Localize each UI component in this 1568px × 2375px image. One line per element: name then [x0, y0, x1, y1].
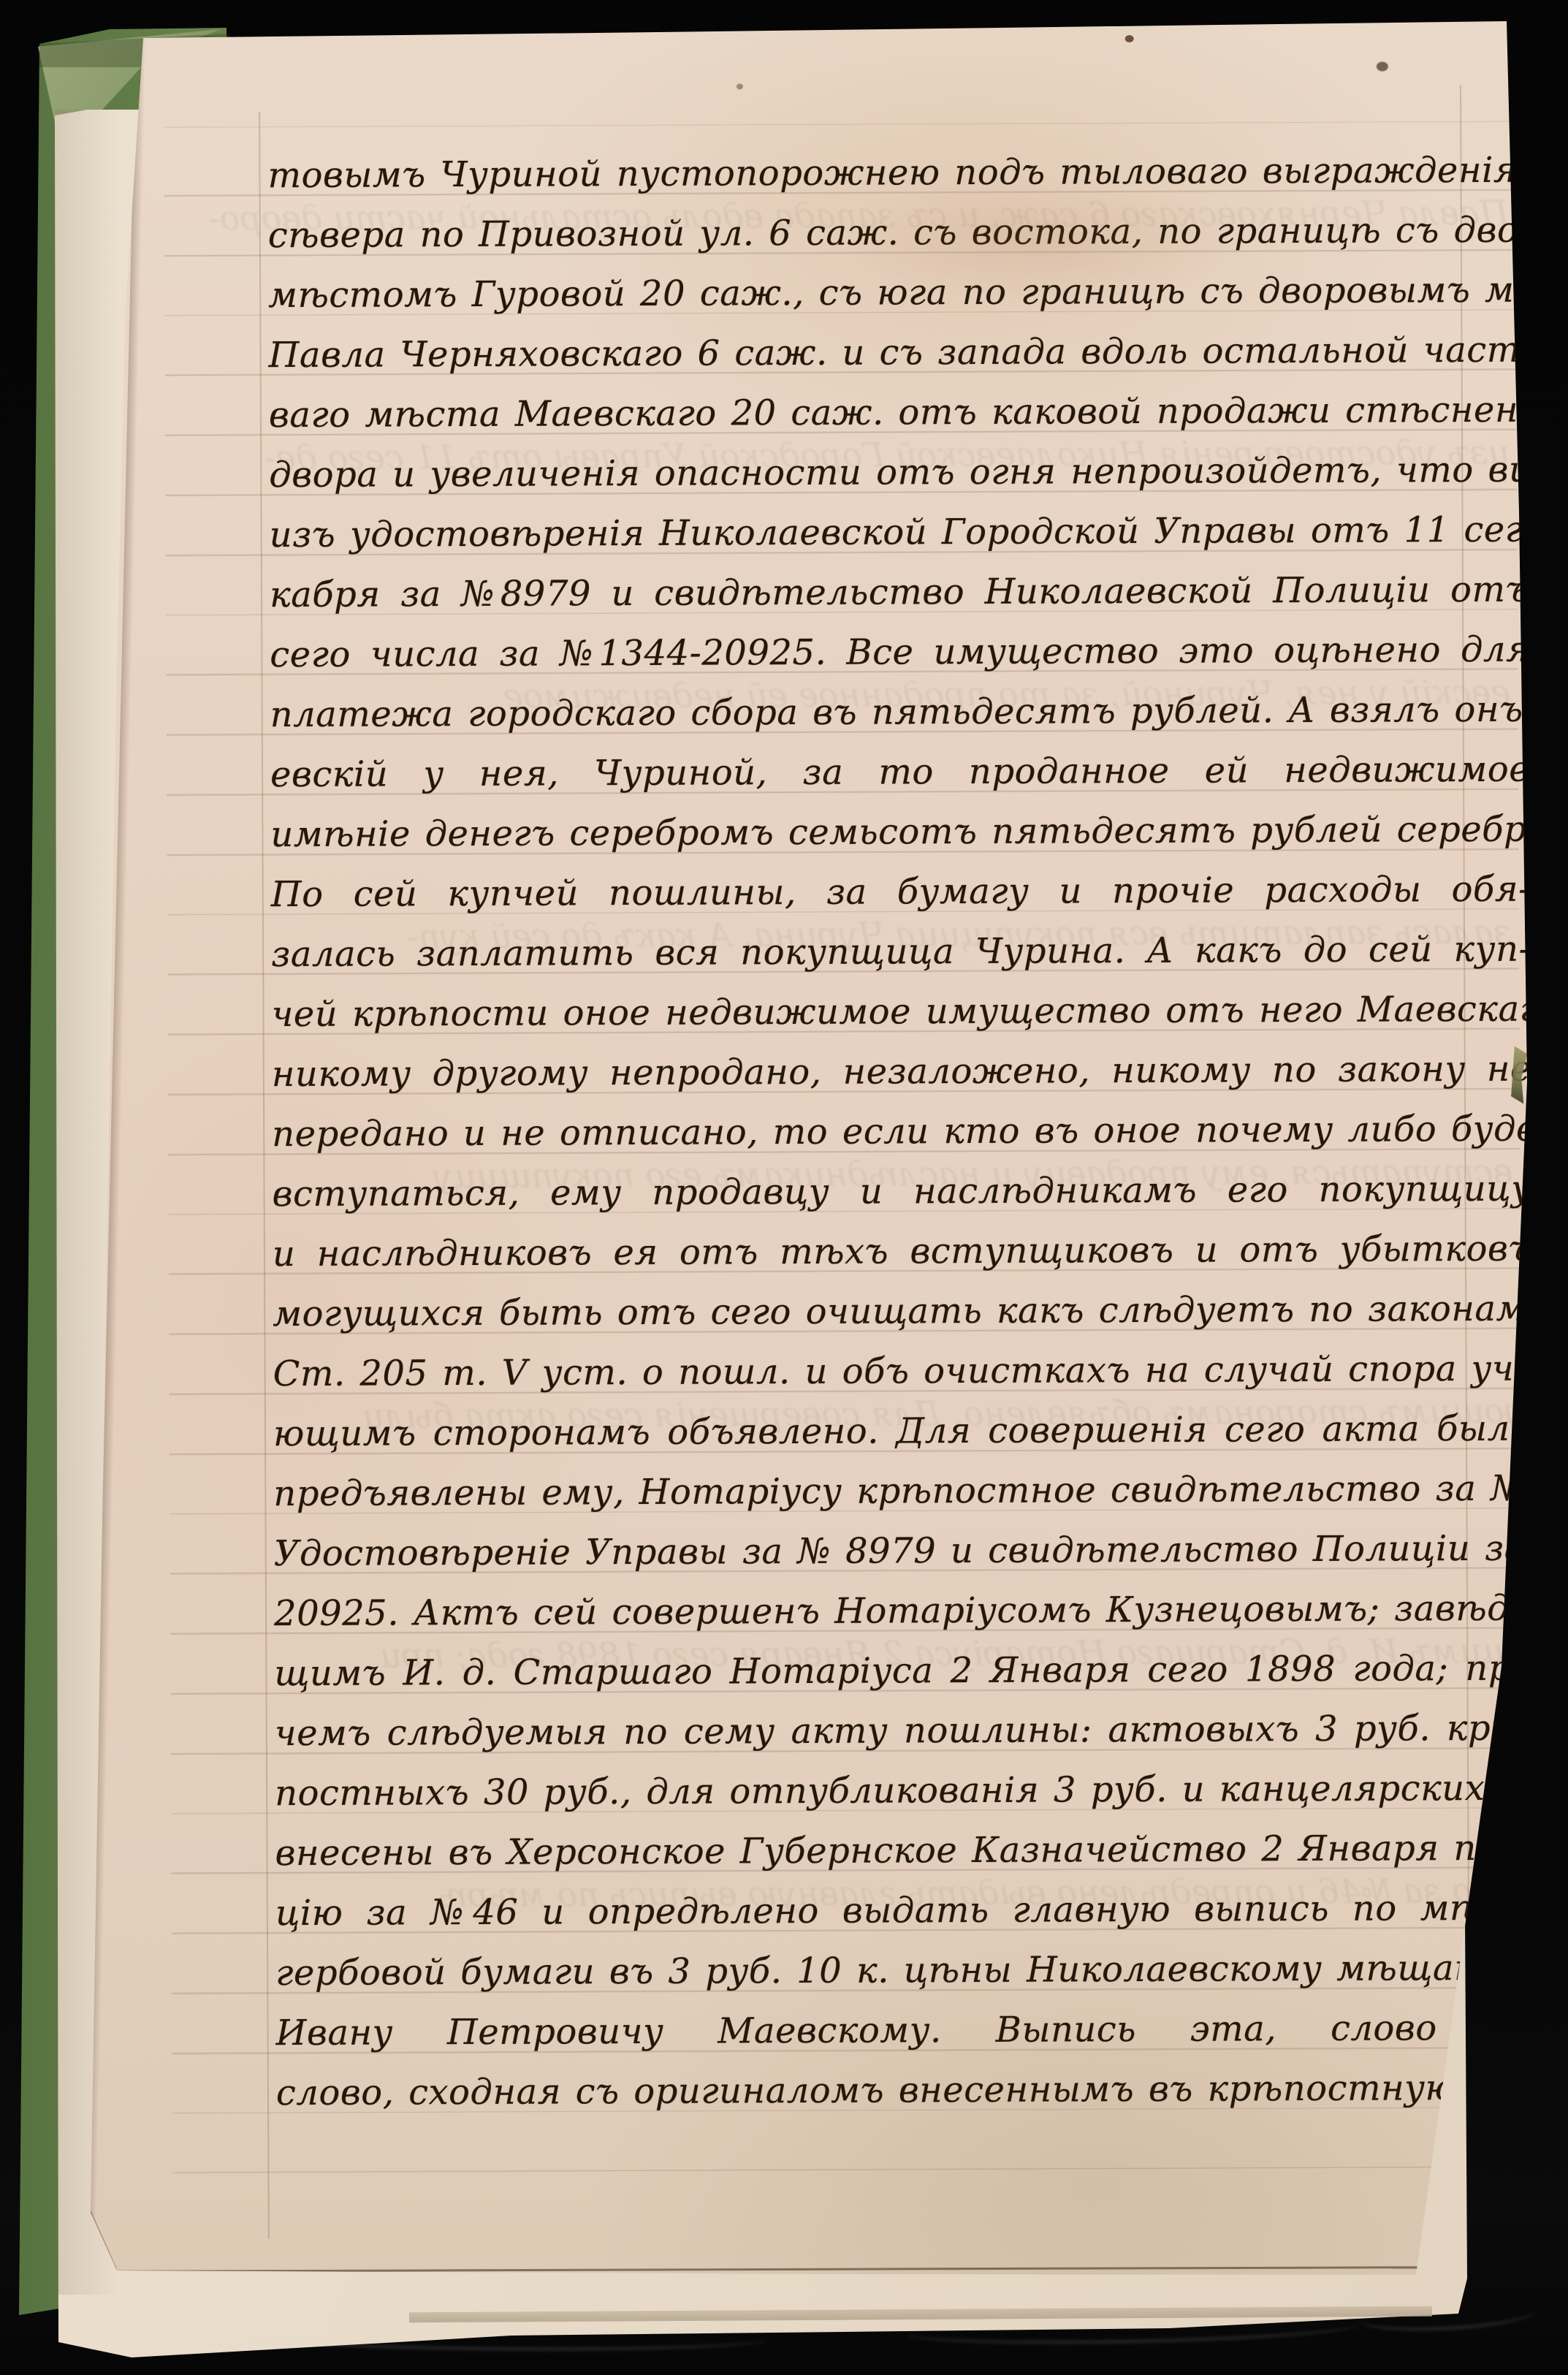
manuscript-line: цію за №46 и опредѣлено выдать главную в…	[275, 1878, 1535, 1944]
manuscript-line: платежа городскаго сбора въ пятьдесятъ р…	[270, 680, 1530, 745]
manuscript-line: передано и не отписано, то если кто въ о…	[272, 1099, 1531, 1165]
manuscript-line: гербовой бумаги въ 3 руб. 10 к. цѣны Ник…	[275, 1938, 1535, 2004]
handwritten-text: товымъ Чуриной пустопорожнею подъ тылова…	[0, 0, 1568, 2375]
manuscript-line: внесены въ Херсонское Губернское Казначе…	[275, 1818, 1534, 1884]
manuscript-line: предъявлены ему, Нотаріусу крѣпостное св…	[273, 1459, 1533, 1524]
manuscript-line: изъ удостовѣренія Николаевской Городской…	[269, 500, 1529, 566]
page-surface: Павла Черняховскаго 6 саж. и съ запада в…	[0, 0, 1568, 2375]
manuscript-line: слово, сходная съ оригиналомъ внесеннымъ…	[276, 2058, 1536, 2124]
manuscript-line: товымъ Чуриной пустопорожнею подъ тылова…	[267, 140, 1527, 206]
manuscript-line: двора и увеличенія опасности отъ огня не…	[269, 440, 1529, 506]
manuscript-line: кабря за №8979 и свидѣтельство Николаевс…	[270, 560, 1529, 626]
manuscript-line: ваго мѣста Маевскаго 20 саж. отъ каковой…	[269, 380, 1529, 446]
manuscript-line: чей крѣпости оное недвижимое имущество о…	[271, 979, 1531, 1045]
foxing-stain	[1377, 61, 1388, 71]
manuscript-line: евскій у нея, Чуриной, за то проданное е…	[270, 740, 1530, 805]
manuscript-line: чемъ слѣдуемыя по сему акту пошлины: акт…	[275, 1698, 1534, 1764]
bleed-through-layer: Павла Черняховскаго 6 саж. и съ запада в…	[0, 0, 1563, 4]
manuscript-line: и наслѣдниковъ ея отъ тѣхъ вступщиковъ и…	[273, 1219, 1532, 1285]
manuscript-page: Павла Черняховскаго 6 саж. и съ запада в…	[0, 0, 1568, 2375]
manuscript-line: имѣніе денегъ серебромъ семьсотъ пятьдес…	[270, 799, 1530, 865]
foxing-stain	[737, 83, 743, 89]
manuscript-line: щимъ И. д. Старшаго Нотаріуса 2 Января с…	[274, 1638, 1534, 1704]
manuscript-line: Удостовѣреніе Управы за № 8979 и свидѣте…	[274, 1519, 1534, 1584]
manuscript-line: сего числа за №1344-20925. Все имущество…	[270, 620, 1529, 685]
manuscript-line: 20925. Актъ сей совершенъ Нотаріусомъ Ку…	[274, 1578, 1534, 1644]
manuscript-line: По сей купчей пошлины, за бумагу и прочі…	[271, 859, 1531, 925]
manuscript-line: Ст. 205 т. V уст. о пошл. и объ очистках…	[273, 1339, 1532, 1405]
manuscript-line: никому другому непродано, незаложено, ни…	[272, 1039, 1531, 1105]
foxing-stain	[1125, 35, 1134, 42]
manuscript-line: могущихся быть отъ сего очищать какъ слѣ…	[273, 1279, 1532, 1345]
manuscript-line: постныхъ 30 руб., для отпубликованія 3 р…	[275, 1758, 1534, 1824]
manuscript-line: Павла Черняховскаго 6 саж. и съ запада в…	[268, 320, 1528, 386]
manuscript-line: залась заплатить вся покупщица Чурина. А…	[271, 919, 1531, 985]
manuscript-line: Ивану Петровичу Маевскому. Выпись эта, с…	[275, 1998, 1535, 2064]
manuscript-photo: Павла Черняховскаго 6 саж. и съ запада в…	[0, 0, 1568, 2375]
manuscript-line: ющимъ сторонамъ объявлено. Для совершені…	[273, 1399, 1533, 1464]
manuscript-line: вступаться, ему продавцу и наслѣдникамъ …	[272, 1159, 1531, 1225]
